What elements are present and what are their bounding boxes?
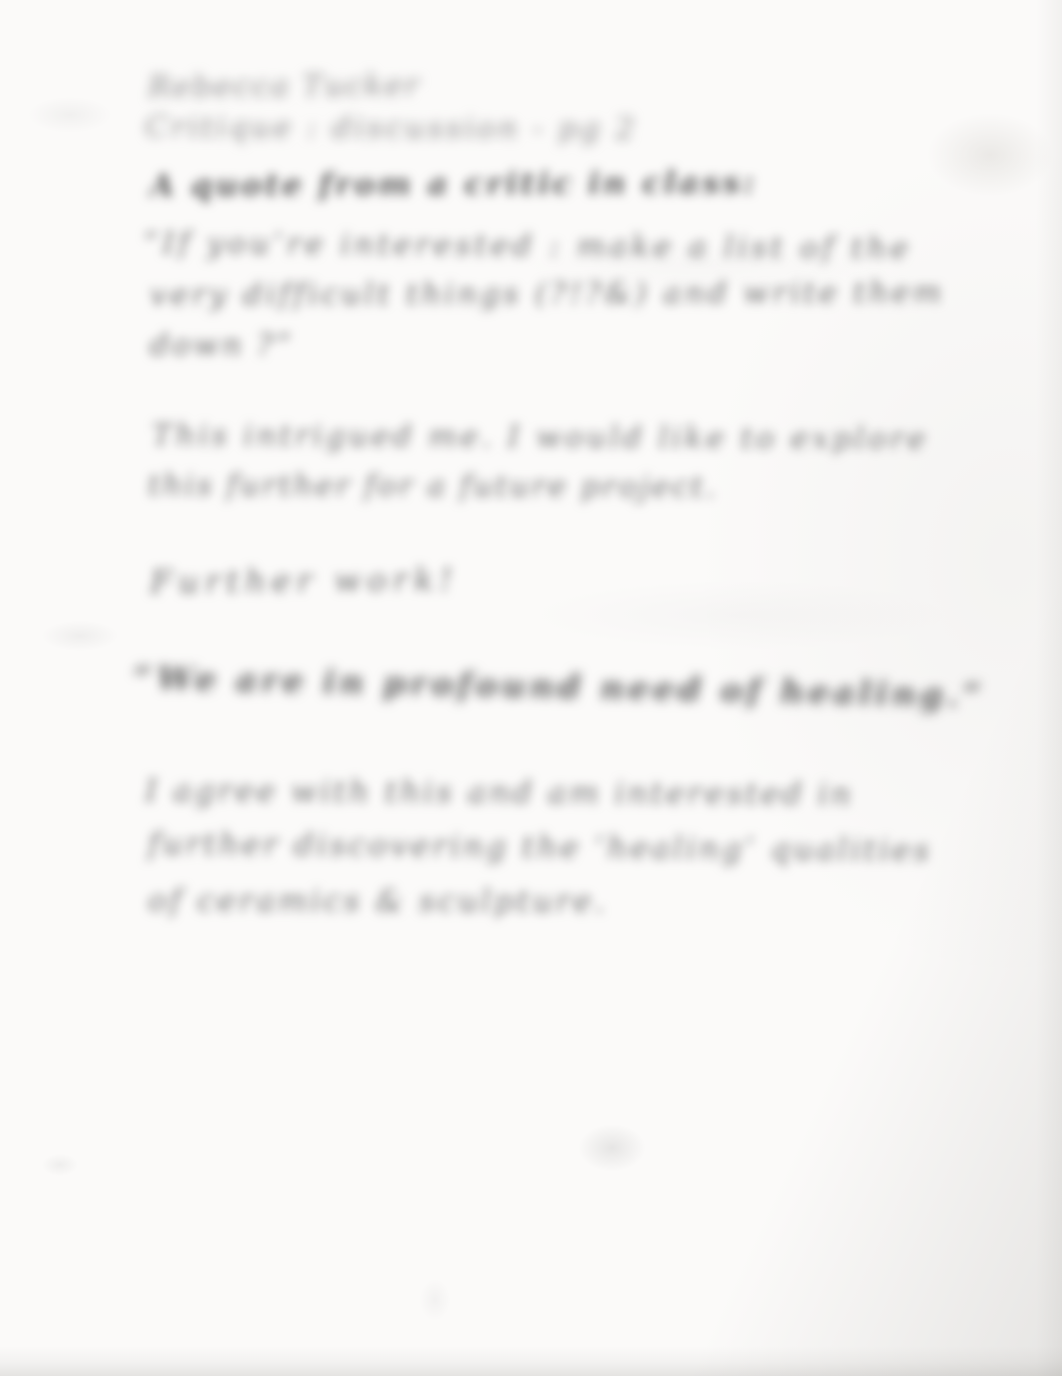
handwritten-line-healing-quote: “We are in profound need of healing.” (133, 658, 986, 715)
handwritten-line-subtitle: Critique : discussion - pg 2 (145, 110, 637, 147)
handwritten-line-paragraph1a: This intrigued me. I would like to explo… (152, 418, 929, 457)
handwritten-line-name: Rebecca Tucker (148, 68, 421, 105)
handwritten-line-further-work: Further work! (150, 560, 459, 601)
handwritten-line-quote1: “If you’re interested : make a list of t… (143, 226, 912, 266)
handwritten-line-heading: A quote from a critic in class: (150, 165, 758, 204)
scanned-note-page: Rebecca Tucker Critique : discussion - p… (0, 0, 1062, 1376)
handwritten-line-paragraph2a: I agree with this and am interested in (145, 773, 854, 813)
handwritten-line-quote2: very difficult things (?!?&) and write t… (150, 275, 945, 313)
handwritten-line-paragraph2b: further discovering the ‘healing’ qualit… (148, 826, 932, 869)
handwritten-line-quote3: down ?” (150, 328, 294, 363)
handwritten-line-paragraph2c: of ceramics & sculpture. (148, 883, 607, 920)
handwritten-line-paragraph1b: this further for a future project. (148, 468, 718, 505)
